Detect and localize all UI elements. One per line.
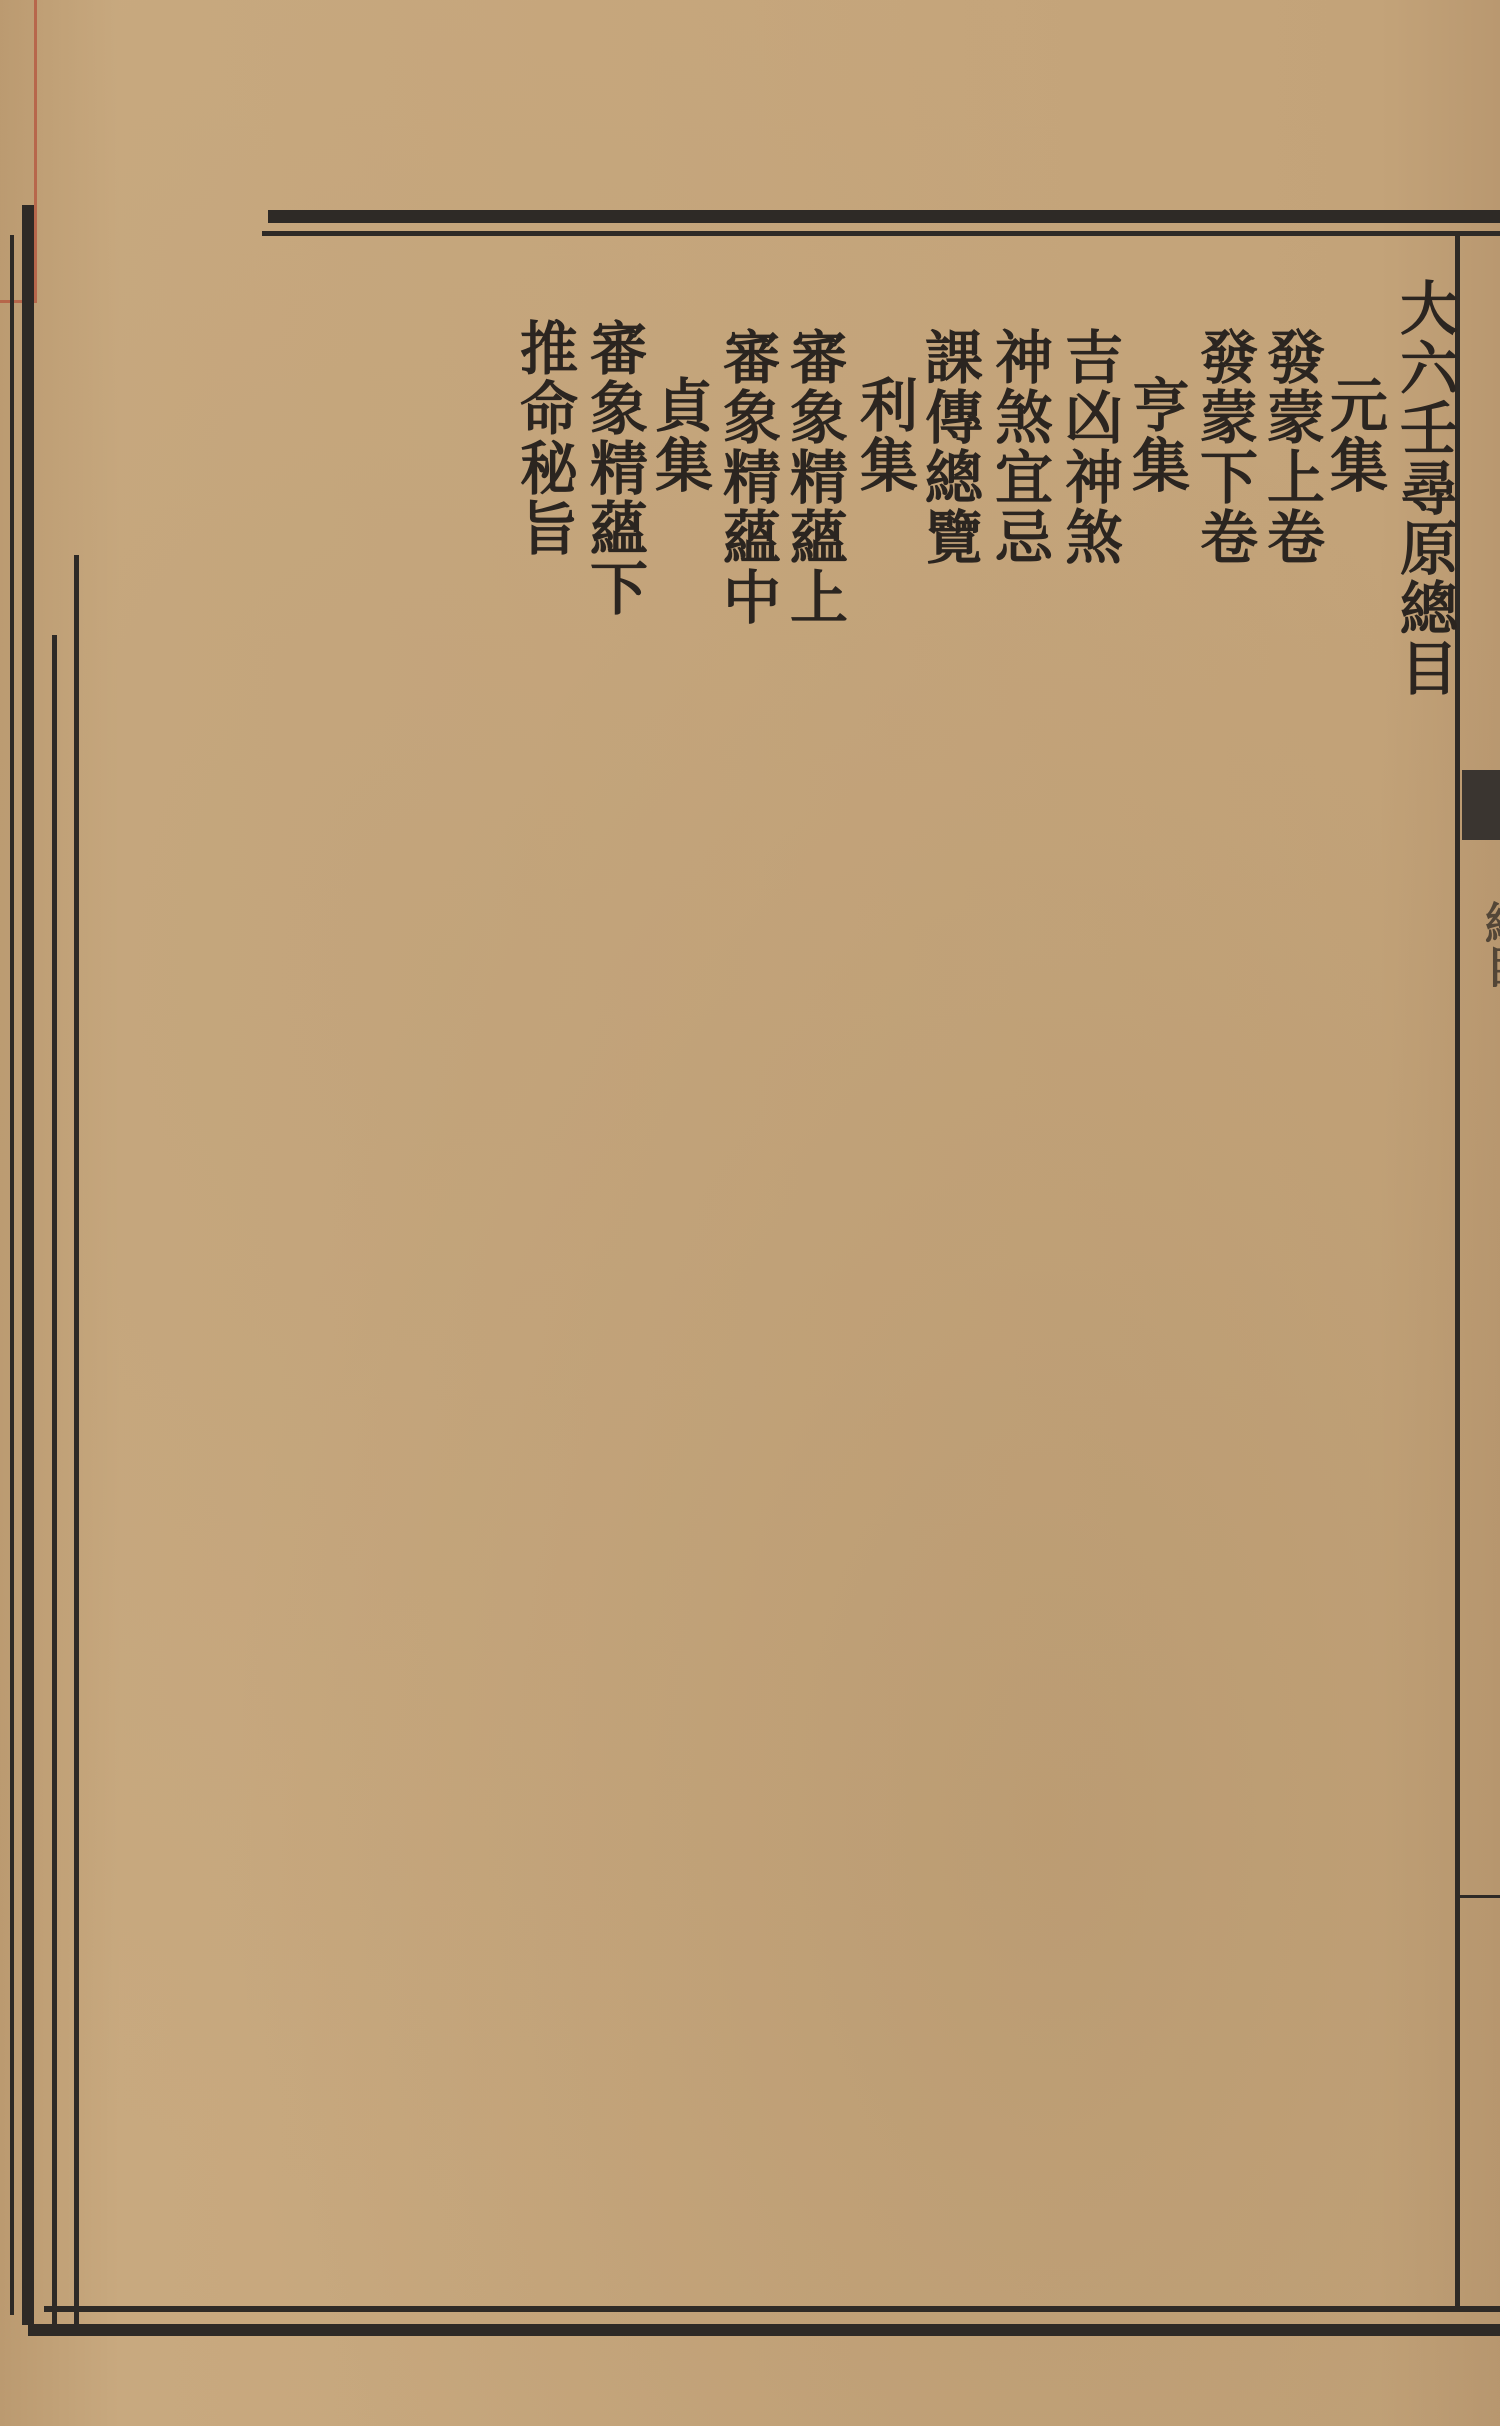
banxin-label: 總目 xyxy=(1470,900,1500,988)
toc-item: 審象精蘊上 xyxy=(785,327,843,627)
inner-left-border-1 xyxy=(52,635,57,2330)
left-thin-border xyxy=(10,235,14,2315)
inner-bottom-border xyxy=(44,2306,1500,2312)
left-outer-border xyxy=(22,205,34,2325)
page-title: 大六壬尋原總目 xyxy=(1395,278,1453,698)
inner-left-border-2 xyxy=(74,555,79,2330)
toc-item: 審象精蘊下 xyxy=(585,318,643,618)
top-border-thick xyxy=(268,210,1500,223)
banxin-fish-tail xyxy=(1462,770,1500,840)
section-heading-heng: 亨集 xyxy=(1127,375,1185,495)
banxin-tick xyxy=(1460,1895,1500,1898)
toc-item: 發蒙下卷 xyxy=(1195,327,1253,567)
bottom-border-thick xyxy=(28,2324,1500,2336)
section-heading-zhen: 貞集 xyxy=(650,375,708,495)
toc-item: 發蒙上卷 xyxy=(1262,327,1320,567)
top-border-thin xyxy=(262,231,1500,236)
toc-item: 課傳總覽 xyxy=(920,327,978,567)
section-heading-li: 利集 xyxy=(855,375,913,495)
toc-item: 吉凶神煞 xyxy=(1060,327,1118,567)
toc-item: 推命秘旨 xyxy=(515,318,573,558)
section-heading-yuan: 元集 xyxy=(1325,375,1383,495)
toc-item: 審象精蘊中 xyxy=(718,327,776,627)
toc-item: 神煞宜忌 xyxy=(990,327,1048,567)
